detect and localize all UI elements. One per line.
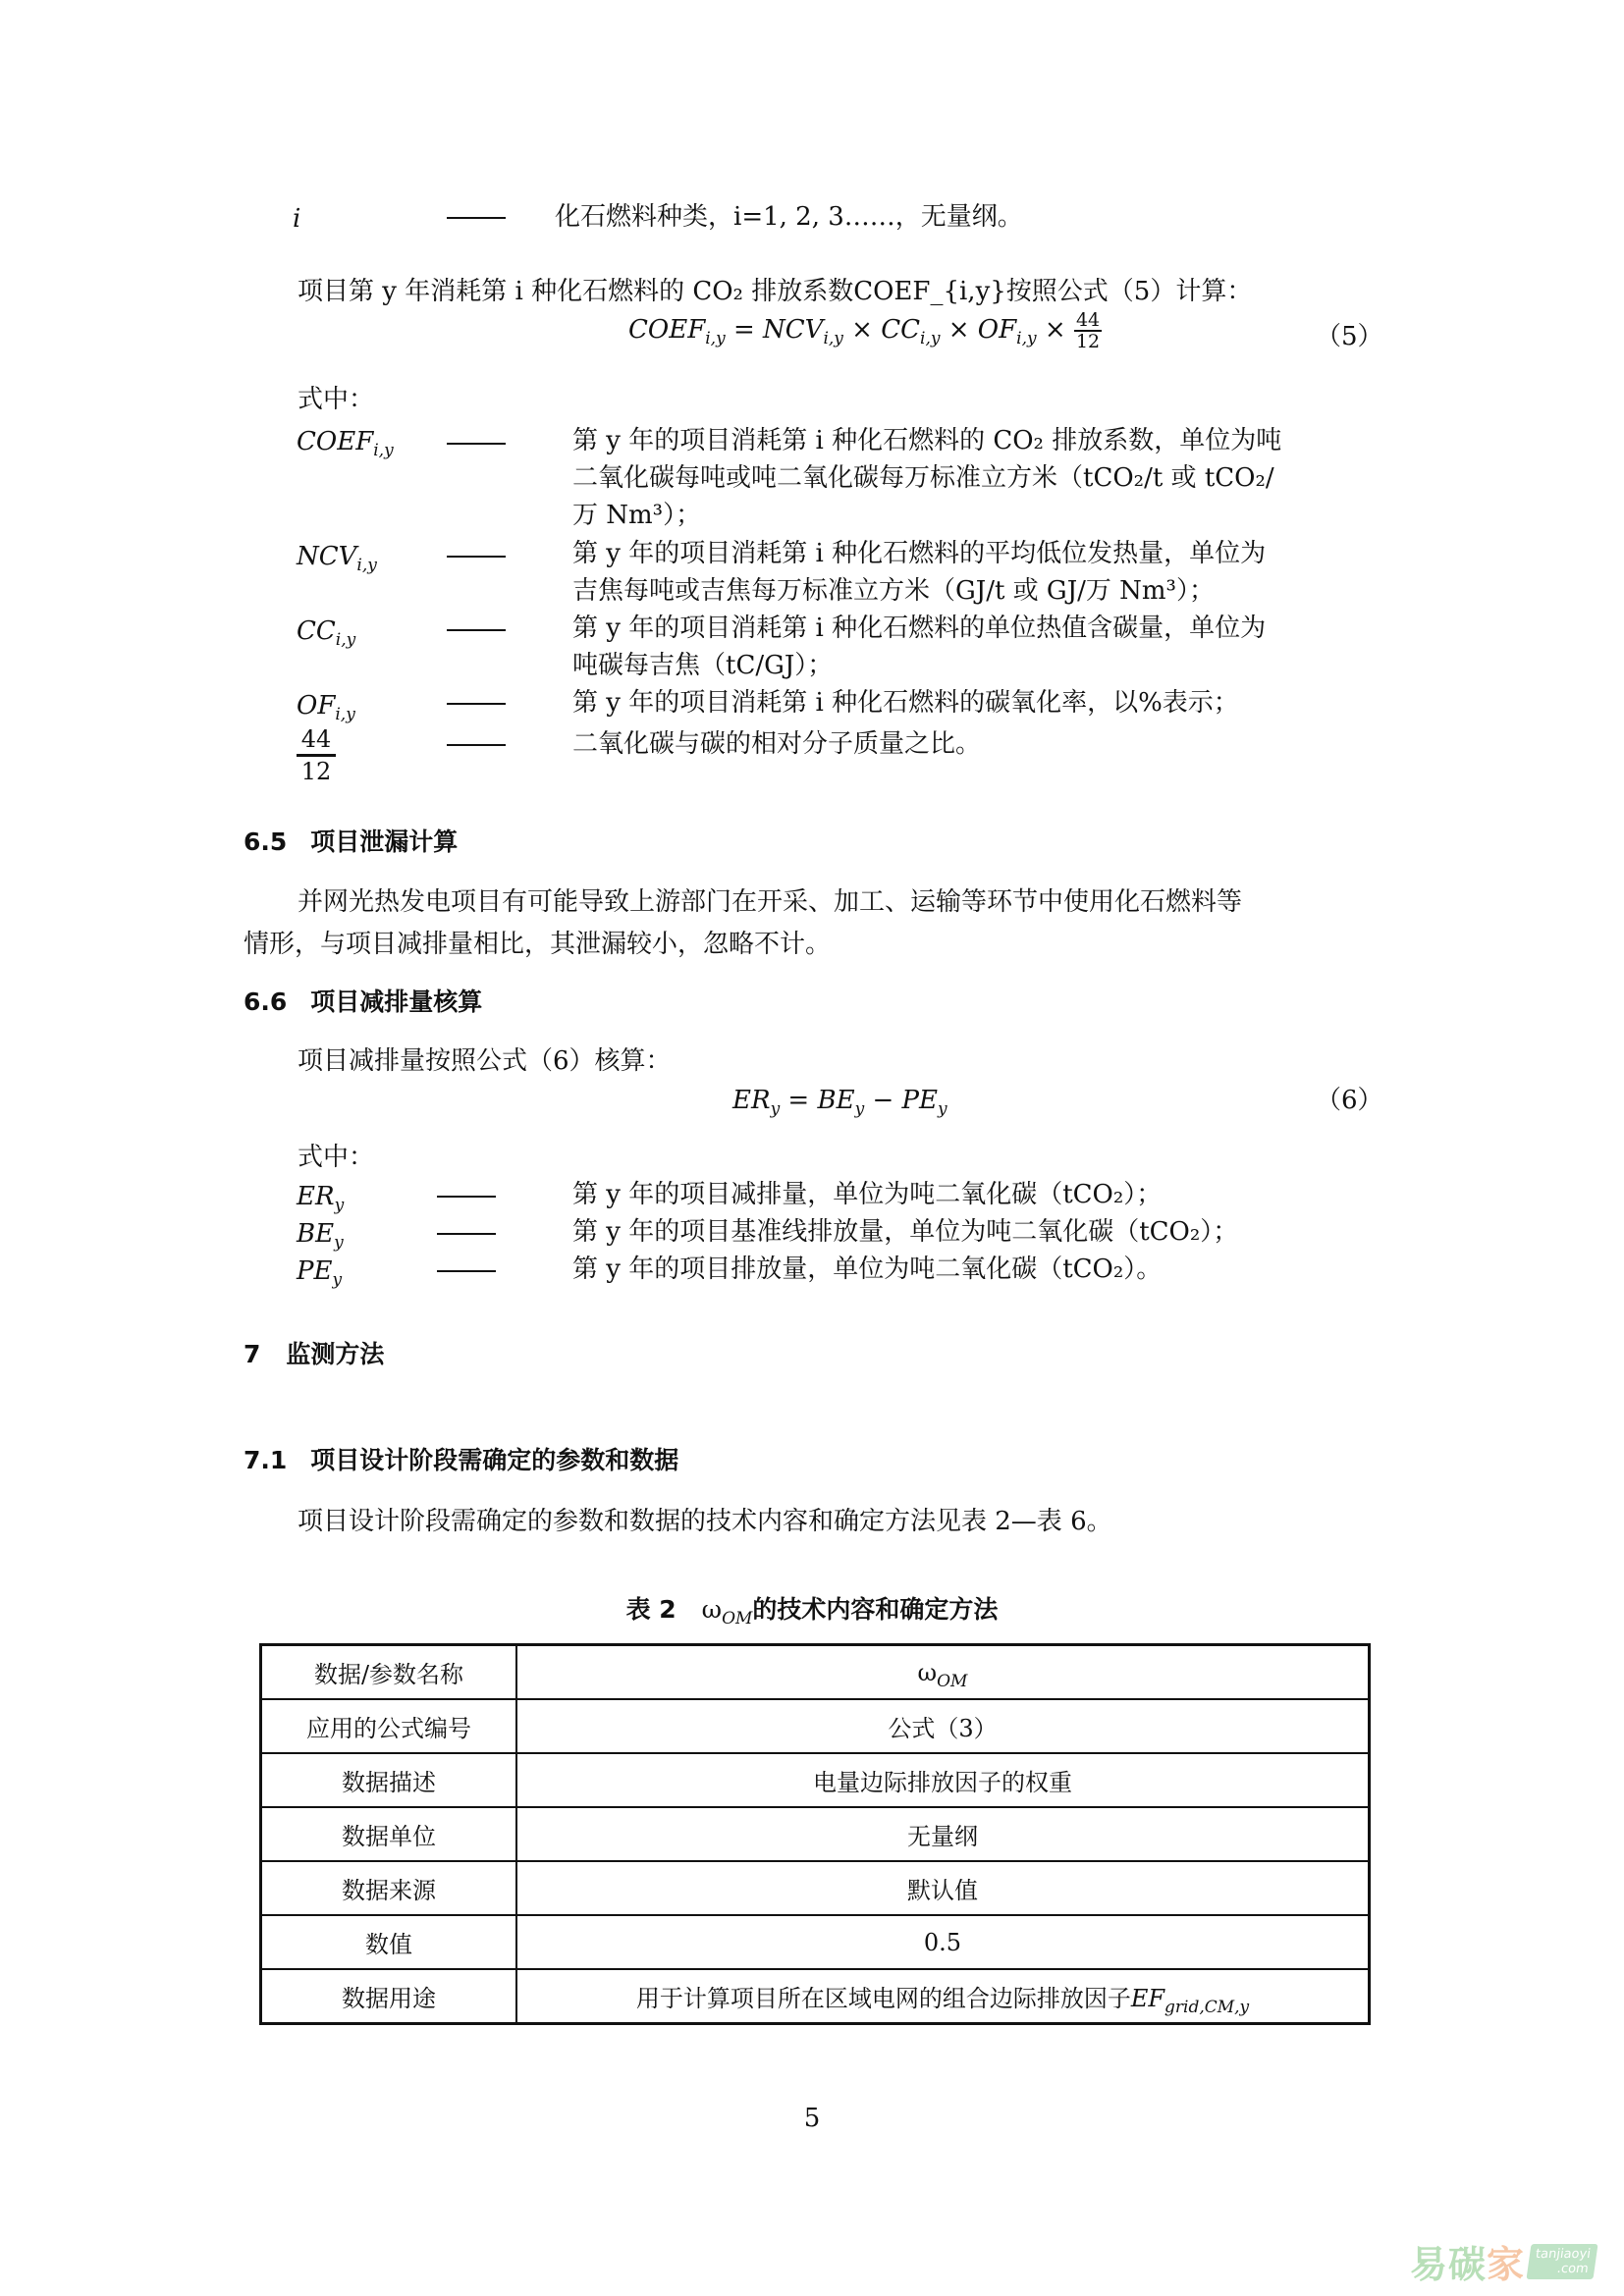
watermark-char: 碳 [1448, 2243, 1487, 2286]
section-6-6-heading: 6.6项目减排量核算 [244, 987, 482, 1018]
section-number: 6.6 [244, 988, 287, 1016]
eq6-sub: y [855, 1099, 865, 1119]
table-key-cell: 数据描述 [261, 1753, 517, 1807]
symbol-fraction-44-12: 44 12 [297, 724, 336, 786]
definition-line: 第 y 年的项目消耗第 i 种化石燃料的碳氧化率，以%表示； [572, 684, 1239, 721]
eq5-of-sub: i,y [1016, 329, 1036, 348]
definition-dash [437, 1196, 496, 1198]
section-6-6-intro: 项目减排量按照公式（6）核算： [298, 1044, 672, 1078]
section-6-5-line-2: 情形，与项目减排量相比，其泄漏较小，忽略不计。 [244, 928, 831, 961]
table-key-cell: 数据来源 [261, 1861, 517, 1915]
symbol-text: ER [297, 1182, 335, 1211]
definition-line: 第 y 年的项目消耗第 i 种化石燃料的 CO₂ 排放系数，单位为吨 [572, 422, 1281, 459]
definition-coef: 第 y 年的项目消耗第 i 种化石燃料的 CO₂ 排放系数，单位为吨 二氧化碳每… [572, 422, 1281, 534]
symbol-text: COEF [297, 427, 373, 456]
table-value-cell: 0.5 [516, 1915, 1370, 1969]
watermark-badge: tanjiaoyi.com [1527, 2244, 1598, 2279]
table-row: 数据单位 无量纲 [261, 1807, 1370, 1861]
value-math-sub: grid,CM,y [1164, 1998, 1249, 2017]
symbol-sub: i,y [335, 705, 354, 724]
section-7-1-intro: 项目设计阶段需确定的参数和数据的技术内容和确定方法见表 2—表 6。 [298, 1505, 1112, 1538]
eq6-pe: PE [902, 1086, 938, 1115]
definition-line: 吉焦每吨或吉焦每万标准立方米（GJ/t 或 GJ/万 Nm³）； [572, 572, 1266, 610]
section-number: 7.1 [244, 1446, 287, 1474]
watermark-char: 家 [1487, 2243, 1525, 2286]
eq5-lhs-sub: i,y [705, 329, 725, 348]
where-label: 式中： [298, 383, 374, 416]
section-7-heading: 7监测方法 [244, 1339, 384, 1370]
section-6-5-heading: 6.5项目泄漏计算 [244, 827, 458, 858]
table-row: 数据来源 默认值 [261, 1861, 1370, 1915]
value-symbol: ω [918, 1659, 938, 1686]
eq5-lhs: COEF [628, 315, 705, 345]
definition-line: 二氧化碳与碳的相对分子质量之比。 [572, 725, 981, 763]
eq5-cc-sub: i,y [920, 329, 940, 348]
equation-6: ERy = BEy − PEy [732, 1084, 947, 1117]
table-key-cell: 数值 [261, 1915, 517, 1969]
eq6-sub: y [771, 1099, 781, 1119]
watermark-char: 易 [1410, 2243, 1448, 2286]
definition-line: 第 y 年的项目消耗第 i 种化石燃料的单位热值含碳量，单位为 [572, 610, 1266, 647]
page-number: 5 [0, 2104, 1624, 2133]
table-row: 数据描述 电量边际排放因子的权重 [261, 1753, 1370, 1807]
table-row: 数据用途 用于计算项目所在区域电网的组合边际排放因子EFgrid,CM,y [261, 1969, 1370, 2024]
coef-intro-paragraph: 项目第 y 年消耗第 i 种化石燃料的 CO₂ 排放系数COEF_{i,y}按照… [298, 275, 1252, 308]
value-symbol-sub: OM [937, 1672, 967, 1691]
definition-dash [447, 443, 506, 445]
definition-dash [437, 1233, 496, 1235]
caption-symbol-sub: OM [722, 1609, 752, 1629]
table-row: 应用的公式编号 公式（3） [261, 1699, 1370, 1753]
table-row: 数值 0.5 [261, 1915, 1370, 1969]
definition-be: 第 y 年的项目基准线排放量，单位为吨二氧化碳（tCO₂）； [572, 1213, 1238, 1251]
table-key-cell: 应用的公式编号 [261, 1699, 517, 1753]
definition-dash [447, 217, 506, 219]
badge-line: tanjiaoyi [1535, 2247, 1592, 2262]
definition-er: 第 y 年的项目减排量，单位为吨二氧化碳（tCO₂）； [572, 1176, 1162, 1213]
equation-5: COEFi,y = NCVi,y × CCi,y × OFi,y × 4412 [628, 310, 1102, 351]
definition-cc: 第 y 年的项目消耗第 i 种化石燃料的单位热值含碳量，单位为 吨碳每吉焦（tC… [572, 610, 1266, 684]
definition-pe: 第 y 年的项目排放量，单位为吨二氧化碳（tCO₂）。 [572, 1251, 1162, 1288]
symbol-ncv: NCVi,y [297, 540, 377, 573]
symbol-sub: i,y [373, 441, 393, 460]
eq6-sub: y [938, 1099, 947, 1119]
table-key-cell: 数据单位 [261, 1807, 517, 1861]
symbol-sub: y [332, 1270, 342, 1290]
definition-dash [447, 629, 506, 631]
symbol-text: CC [297, 616, 336, 646]
caption-prefix: 表 2 [626, 1595, 677, 1624]
section-7-1-heading: 7.1项目设计阶段需确定的参数和数据 [244, 1445, 678, 1476]
definition-dash [447, 744, 506, 746]
eq6-minus: − [864, 1086, 901, 1115]
definition-ncv: 第 y 年的项目消耗第 i 种化石燃料的平均低位发热量，单位为 吉焦每吨或吉焦每… [572, 535, 1266, 610]
equation-5-number: （5） [1316, 320, 1383, 353]
section-title: 项目减排量核算 [310, 988, 482, 1016]
eq6-er: ER [732, 1086, 771, 1115]
table-value-cell: ωOM [516, 1645, 1370, 1700]
table-row: 数据/参数名称 ωOM [261, 1645, 1370, 1700]
symbol-sub: i,y [356, 556, 376, 575]
definition-line: 吨碳每吉焦（tC/GJ）； [572, 647, 1266, 684]
symbol-coef: COEFi,y [297, 425, 394, 458]
eq5-of: OF [978, 315, 1016, 345]
equation-6-number: （6） [1316, 1084, 1383, 1117]
section-title: 监测方法 [286, 1340, 384, 1368]
watermark-text: 易碳家 [1410, 2234, 1525, 2288]
symbol-of: OFi,y [297, 689, 355, 722]
definition-dash [447, 703, 506, 705]
eq5-ncv: NCV [763, 315, 823, 345]
symbol-pe: PEy [297, 1255, 342, 1288]
table-2: 数据/参数名称 ωOM 应用的公式编号 公式（3） 数据描述 电量边际排放因子的… [259, 1643, 1371, 2025]
eq5-fraction: 4412 [1074, 310, 1102, 351]
where-label: 式中： [298, 1141, 374, 1174]
eq5-times: × [940, 315, 977, 345]
caption-symbol: ω [702, 1595, 722, 1624]
fraction-denominator: 12 [1074, 332, 1102, 351]
fraction-numerator: 44 [297, 724, 336, 757]
eq5-equals: = [726, 315, 763, 345]
definition-dash [447, 556, 506, 558]
eq5-times: × [1037, 315, 1074, 345]
eq6-equals: = [780, 1086, 817, 1115]
symbol-cc: CCi,y [297, 614, 355, 648]
value-text: 用于计算项目所在区域电网的组合边际排放因子 [636, 1985, 1131, 2012]
symbol-sub: y [334, 1233, 344, 1253]
eq5-cc: CC [881, 315, 920, 345]
definition-line: 第 y 年的项目消耗第 i 种化石燃料的平均低位发热量，单位为 [572, 535, 1266, 572]
symbol-sub: i,y [336, 630, 355, 650]
section-number: 6.5 [244, 828, 287, 856]
eq5-ncv-sub: i,y [823, 329, 842, 348]
section-6-5-line-1: 并网光热发电项目有可能导致上游部门在开采、加工、运输等环节中使用化石燃料等 [298, 885, 1242, 919]
caption-suffix: 的技术内容和确定方法 [752, 1595, 998, 1624]
symbol-i: i [293, 202, 300, 236]
symbol-be: BEy [297, 1217, 344, 1251]
table-value-cell: 公式（3） [516, 1699, 1370, 1753]
symbol-text: PE [297, 1256, 332, 1286]
table-value-cell: 默认值 [516, 1861, 1370, 1915]
eq6-be: BE [818, 1086, 855, 1115]
watermark-logo: 易碳家 tanjiaoyi.com [1410, 2234, 1596, 2288]
table-value-cell: 电量边际排放因子的权重 [516, 1753, 1370, 1807]
definition-line: 万 Nm³）； [572, 497, 1281, 534]
symbol-er: ERy [297, 1180, 344, 1213]
definition-i-text: 化石燃料种类，i=1, 2, 3……，无量纲。 [555, 198, 1023, 236]
table-value-cell: 用于计算项目所在区域电网的组合边际排放因子EFgrid,CM,y [516, 1969, 1370, 2024]
definition-of: 第 y 年的项目消耗第 i 种化石燃料的碳氧化率，以%表示； [572, 684, 1239, 721]
section-title: 项目泄漏计算 [310, 828, 458, 856]
symbol-text: BE [297, 1219, 334, 1249]
symbol-text: NCV [297, 542, 356, 571]
definition-dash [437, 1270, 496, 1272]
symbol-sub: y [335, 1196, 345, 1215]
definition-44-12: 二氧化碳与碳的相对分子质量之比。 [572, 725, 981, 763]
table-key-cell: 数据用途 [261, 1969, 517, 2024]
section-number: 7 [244, 1340, 260, 1368]
eq5-times: × [843, 315, 881, 345]
fraction-numerator: 44 [1074, 310, 1102, 332]
symbol-text: OF [297, 691, 335, 721]
fraction-denominator: 12 [297, 757, 336, 786]
definition-line: 二氧化碳每吨或吨二氧化碳每万标准立方米（tCO₂/t 或 tCO₂/ [572, 459, 1281, 497]
badge-line: .com [1533, 2262, 1590, 2276]
section-title: 项目设计阶段需确定的参数和数据 [310, 1446, 678, 1474]
table-value-cell: 无量纲 [516, 1807, 1370, 1861]
value-math: EF [1131, 1985, 1164, 2012]
table-key-cell: 数据/参数名称 [261, 1645, 517, 1700]
table-2-caption: 表 2ωOM的技术内容和确定方法 [0, 1590, 1624, 1626]
